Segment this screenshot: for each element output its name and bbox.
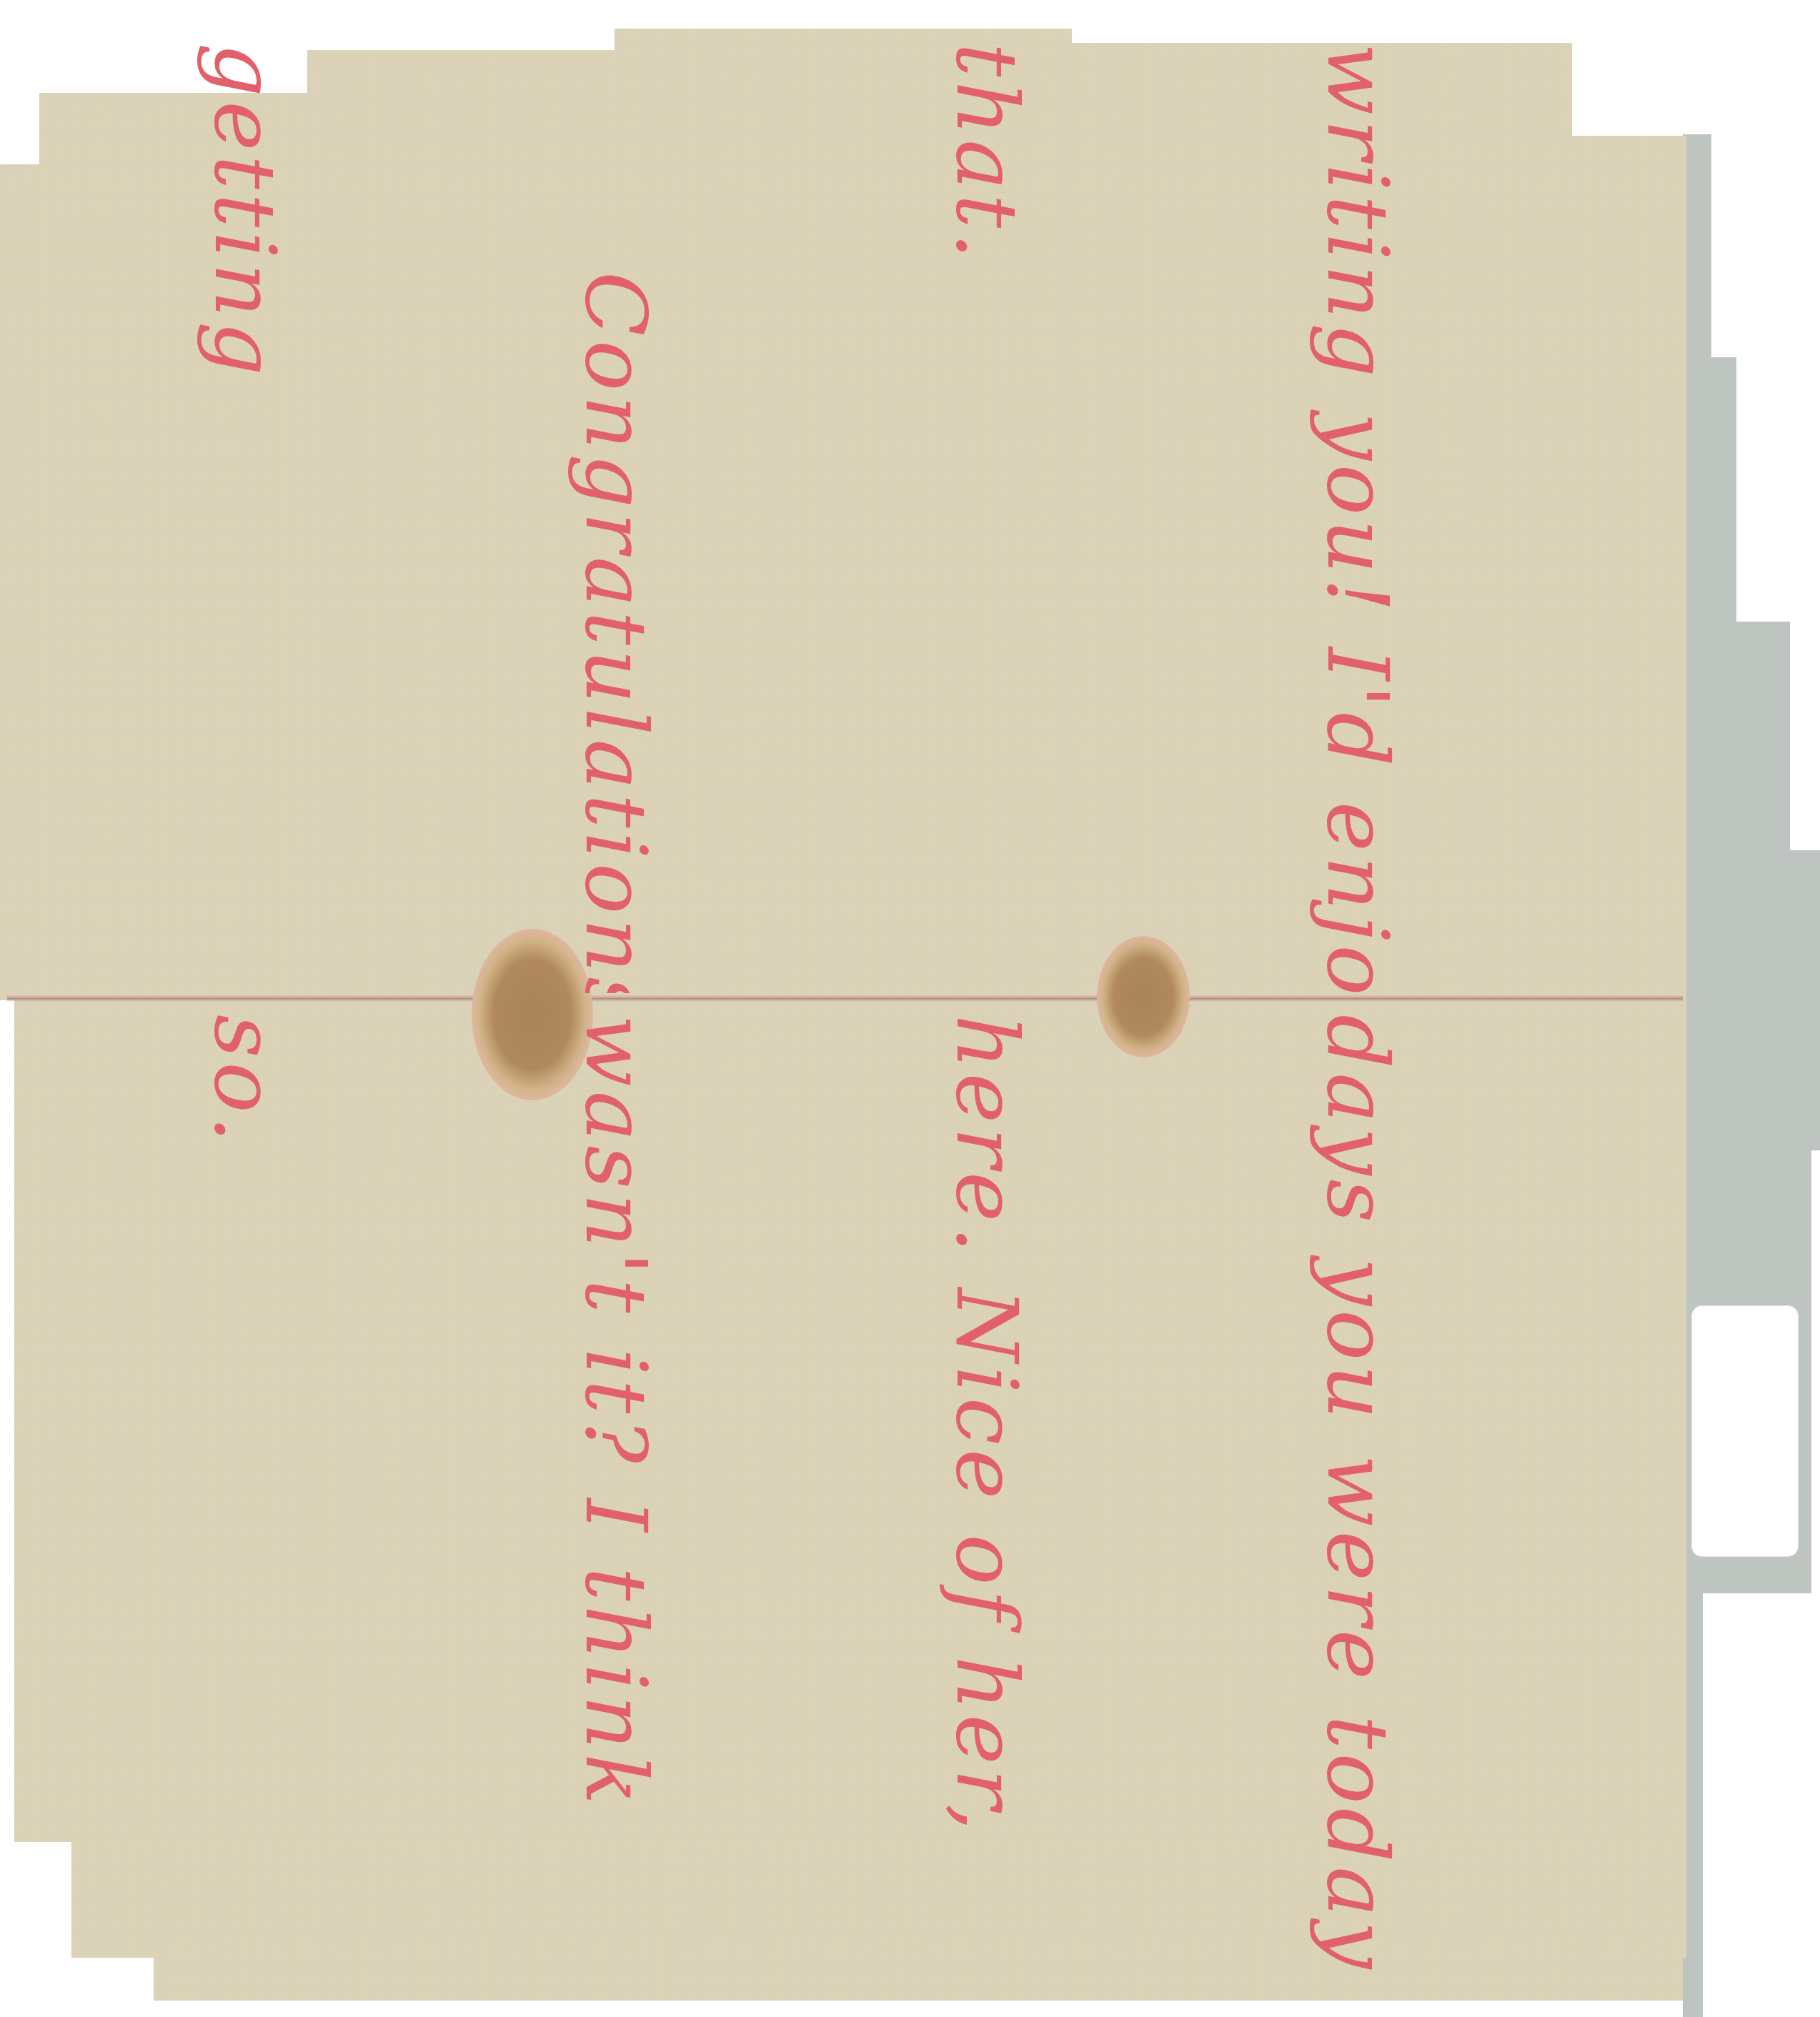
- paper-shadow-mid: [1683, 850, 1820, 1150]
- white-label-tab: [1692, 1306, 1798, 1556]
- letter-line: that.: [925, 43, 1048, 993]
- letter-line: so.: [183, 1015, 307, 2001]
- letter-text-top: writing you! I'd enjoy that. Congratulat…: [0, 43, 1666, 993]
- letter-line: writing you! I'd enjoy: [1296, 43, 1419, 993]
- letter-text-bottom: days you were today here. Nice of her, w…: [0, 1015, 1666, 2001]
- letter-line: here. Nice of her,: [925, 1015, 1048, 2001]
- paper-fold-line: [7, 995, 1683, 1002]
- letter-line: days you were today: [1296, 1015, 1419, 2001]
- letter-line: Congratulations on: [554, 43, 677, 993]
- letter-line: wasn't it? I think: [554, 1015, 677, 2001]
- letter-line: getting: [183, 43, 307, 993]
